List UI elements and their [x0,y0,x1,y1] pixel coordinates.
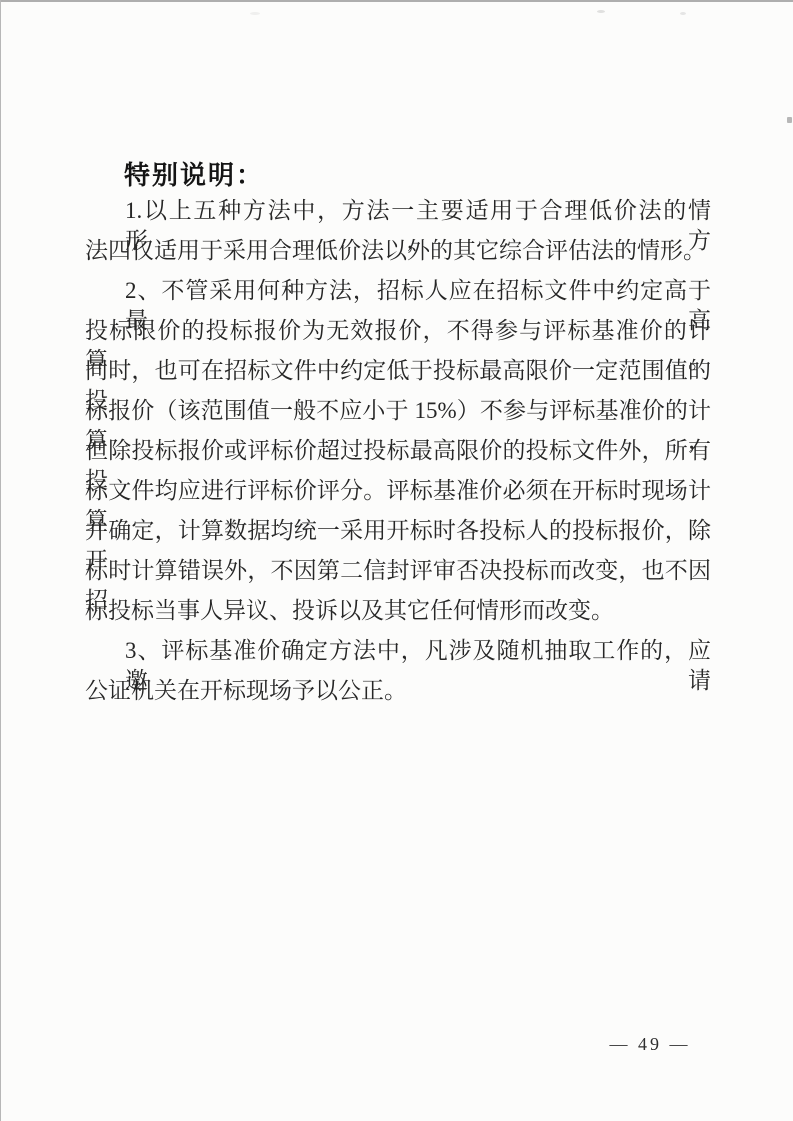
body-line: 标投标当事人异议、投诉以及其它任何情形而改变。 [85,596,711,628]
body-line: 标文件均应进行评标价评分。评标基准价必须在开标时现场计算 [85,476,711,508]
scan-speck [597,10,605,13]
scan-speck [250,12,260,15]
body-line: 标时计算错误外，不因第二信封评审否决投标而改变，也不因招 [85,556,711,588]
body-line: 3、评标基准价确定方法中，凡涉及随机抽取工作的，应邀请 [125,636,711,668]
scan-edge-left [0,0,1,1121]
body-line: 但除投标报价或评标价超过投标最高限价的投标文件外，所有投 [85,436,711,468]
body-line: 同时，也可在招标文件中约定低于投标最高限价一定范围值的投 [85,356,711,388]
body-line: 1.以上五种方法中，方法一主要适用于合理低价法的情形，方 [125,196,711,228]
body-line: 公证机关在开标现场予以公正。 [85,676,711,708]
body-line: 标报价（该范围值一般不应小于 15%）不参与评标基准价的计算， [85,396,711,428]
section-heading: 特别说明： [124,160,264,190]
scanned-document-page: 特别说明： 1.以上五种方法中，方法一主要适用于合理低价法的情形，方 法四仅适用… [0,0,793,1121]
scan-speck [787,117,792,123]
body-line: 并确定，计算数据均统一采用开标时各投标人的投标报价，除开 [85,516,711,548]
body-line: 2、不管采用何种方法，招标人应在招标文件中约定高于最高 [125,276,711,308]
body-line: 投标限价的投标报价为无效报价，不得参与评标基准价的计算。 [85,316,711,348]
page-number: — 49 — [585,1034,715,1055]
scan-speck [680,12,686,15]
body-line: 法四仅适用于采用合理低价法以外的其它综合评估法的情形。 [85,236,711,268]
scan-edge-top [0,0,793,2]
